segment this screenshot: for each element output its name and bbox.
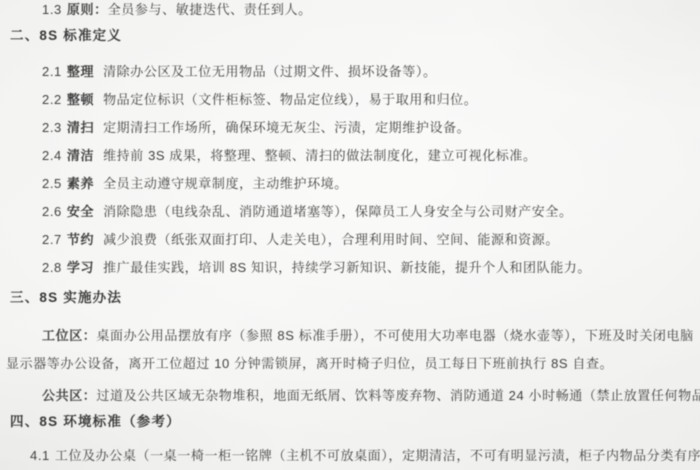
document-content: 1.3原则：全员参与、敏捷迭代、责任到人。 二、8S 标准定义 2.1整理清除办…	[0, 0, 700, 470]
item-number: 2.4	[42, 148, 62, 163]
item-text: 物品定位标识（文件柜标签、物品定位线），易于取用和归位。	[103, 92, 477, 107]
doc-line-2-6: 2.6安全消除隐患（电线杂乱、消防通道堵塞等），保障员工人身安全与公司财产安全。	[42, 204, 573, 220]
item-text: 消除隐患（电线杂乱、消防通道堵塞等），保障员工人身安全与公司财产安全。	[103, 204, 573, 219]
item-keyword: 清洁	[67, 148, 94, 163]
item-keyword: 学习	[67, 260, 94, 275]
doc-line-2-8: 2.8学习推广最佳实践，培训 8S 知识，持续学习新知识、新技能，提升个人和团队…	[42, 260, 591, 276]
item-keyword: 整理	[67, 64, 94, 79]
item-number: 4.1	[30, 448, 50, 463]
doc-line-2-4: 2.4清洁维持前 3S 成果，将整理、整顿、清扫的做法制度化，建立可视化标准。	[42, 148, 537, 164]
item-number: 2.3	[42, 120, 62, 135]
section-heading-definitions: 二、8S 标准定义	[10, 28, 122, 44]
item-label: 原则：	[67, 2, 108, 17]
doc-paragraph-workstation: 工位区：桌面办公用品摆放有序（参照 8S 标准手册），不可使用大功率电器（烧水壶…	[6, 322, 696, 378]
doc-line-1-3: 1.3原则：全员参与、敏捷迭代、责任到人。	[42, 2, 312, 18]
paragraph-text: 过道及公共区域无杂物堆积，地面无纸屑、饮料等废弃物、消防通道 24 小时畅通（禁…	[96, 388, 700, 403]
item-text: 维持前 3S 成果，将整理、整顿、清扫的做法制度化，建立可视化标准。	[103, 148, 537, 163]
item-number: 1.3	[42, 2, 62, 17]
item-text: 全员参与、敏捷迭代、责任到人。	[108, 2, 312, 17]
paragraph-label: 公共区：	[42, 388, 96, 403]
item-text: 推广最佳实践，培训 8S 知识，持续学习新知识、新技能，提升个人和团队能力。	[103, 260, 591, 275]
doc-line-2-7: 2.7节约减少浪费（纸张双面打印、人走关电），合理利用时间、空间、能源和资源。	[42, 232, 559, 248]
doc-line-4-1: 4.1工位及办公桌（一桌一椅一柜一铭牌（主机不可放桌面），定期清洁，不可有明显污…	[30, 448, 700, 464]
item-number: 2.5	[42, 176, 62, 191]
section-heading-implementation: 三、8S 实施办法	[10, 290, 122, 306]
doc-line-2-5: 2.5素养全员主动遵守规章制度，主动维护环境。	[42, 176, 348, 192]
doc-line-2-1: 2.1整理清除办公区及工位无用物品（过期文件、损坏设备等）。	[42, 64, 437, 80]
doc-line-2-2: 2.2整顿物品定位标识（文件柜标签、物品定位线），易于取用和归位。	[42, 92, 477, 108]
item-number: 2.7	[42, 232, 62, 247]
item-number: 2.1	[42, 64, 62, 79]
paragraph-text: 桌面办公用品摆放有序（参照 8S 标准手册），不可使用大功率电器（烧水壶等），下…	[6, 328, 694, 371]
item-text: 减少浪费（纸张双面打印、人走关电），合理利用时间、空间、能源和资源。	[103, 232, 559, 247]
item-number: 2.8	[42, 260, 62, 275]
section-heading-environment: 四、8S 环境标准（参考）	[10, 414, 181, 430]
item-keyword: 整顿	[67, 92, 94, 107]
item-text: 工位及办公桌（一桌一椅一柜一铭牌（主机不可放桌面），定期清洁，不可有明显污渍，柜…	[55, 448, 700, 463]
item-number: 2.6	[42, 204, 62, 219]
paragraph-label: 工位区：	[42, 328, 96, 343]
item-number: 2.2	[42, 92, 62, 107]
item-text: 定期清扫工作场所，确保环境无灰尘、污渍，定期维护设备。	[103, 120, 470, 135]
item-keyword: 素养	[67, 176, 94, 191]
document-page: 1.3原则：全员参与、敏捷迭代、责任到人。 二、8S 标准定义 2.1整理清除办…	[0, 0, 700, 470]
doc-line-2-3: 2.3清扫定期清扫工作场所，确保环境无灰尘、污渍，定期维护设备。	[42, 120, 470, 136]
item-keyword: 清扫	[67, 120, 94, 135]
item-keyword: 节约	[67, 232, 94, 247]
item-text: 全员主动遵守规章制度，主动维护环境。	[103, 176, 348, 191]
item-text: 清除办公区及工位无用物品（过期文件、损坏设备等）。	[103, 64, 437, 79]
item-keyword: 安全	[67, 204, 94, 219]
doc-paragraph-public-area: 公共区：过道及公共区域无杂物堆积，地面无纸屑、饮料等废弃物、消防通道 24 小时…	[42, 388, 700, 404]
